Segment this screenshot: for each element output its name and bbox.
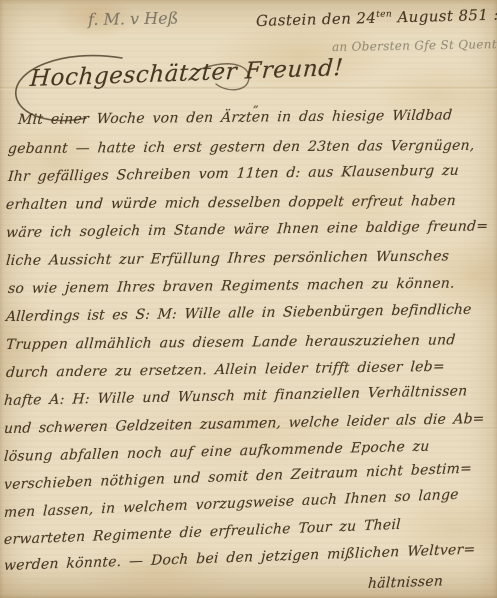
dateline-place-day: Gastein den 24 — [256, 9, 377, 30]
handwriting-line: lösung abfallen noch auf eine aufkommend… — [3, 439, 430, 465]
handwriting-line: Ihr gefälliges Schreiben vom 11ten d: au… — [7, 163, 459, 185]
handwriting-line: erwarteten Regimente die erfreuliche Tou… — [4, 517, 402, 548]
handwriting-line: Truppen allmählich aus diesem Lande hera… — [5, 332, 456, 353]
handwriting-line: men lassen, in welchem vorzugsweise auch… — [4, 487, 459, 521]
dateline: Gastein den 24ten August 851 :· — [256, 6, 497, 30]
handwriting-line: Allerdings ist es S: M: Wille alle in Si… — [5, 302, 472, 325]
handwriting-line: erhalten und würde mich desselben doppel… — [5, 193, 456, 213]
handwriting-line: werden könnte. — Doch bei den jetzigen m… — [4, 542, 476, 575]
dateline-ordinal: ten — [376, 9, 392, 19]
pencil-name-annotation: f. M. v Heß — [88, 8, 179, 29]
pencil-recipient-annotation: an Obersten Gfe St Quentin — [332, 37, 497, 54]
handwriting-line: liche Aussicht zur Erfüllung Ihres persö… — [5, 248, 449, 269]
handwriting-line: so wie jenem Ihres braven Regiments mach… — [7, 276, 455, 297]
letter-scan: f. M. v Heß Gastein den 24ten August 851… — [0, 0, 497, 598]
salutation: Hochgeschätzter Freund! — [29, 55, 344, 92]
handwriting-line: wäre ich sogleich im Stande wäre Ihnen e… — [5, 218, 488, 241]
handwriting-line: Mit einer Woche von den Ärzten in das hi… — [17, 107, 452, 128]
insertion-mark: „ — [253, 97, 259, 110]
handwriting-line: gebannt — hatte ich erst gestern den 23t… — [7, 138, 475, 157]
handwriting-line: und schweren Geldzeiten zusammen, welche… — [3, 411, 485, 437]
handwriting-line: durch andere zu ersetzen. Allein leider … — [5, 359, 445, 381]
handwriting-line: hafte A: H: Wille und Wunsch mit finanzi… — [3, 383, 468, 409]
dateline-month-year: August 851 :· — [392, 6, 497, 27]
catchword-line: hältnissen — [368, 573, 444, 592]
